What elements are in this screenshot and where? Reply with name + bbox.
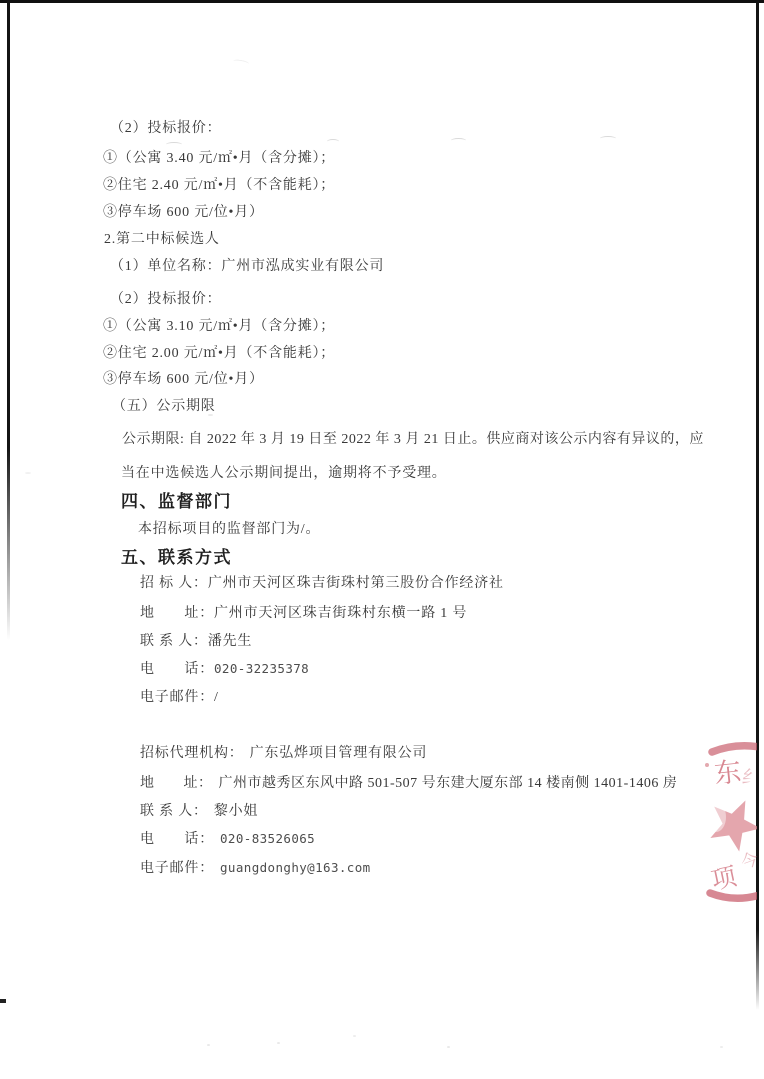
tenderer-address-row: 地 址：广州市天河区珠吉街珠村东横一路 1 号 (140, 605, 467, 623)
price-item: ②住宅 2.40 元/㎡•月（不含能耗）； (103, 177, 335, 195)
section-heading-supervision: 四、监督部门 (121, 491, 232, 512)
tenderer-name-value: 广州市天河区珠吉街珠村第三股份合作经济社 (208, 576, 504, 591)
scan-artifact (207, 1044, 210, 1046)
price-item: ③停车场 600 元/位•月） (103, 371, 264, 389)
scan-artifact (25, 472, 31, 474)
agency-name-label: 招标代理机构： (140, 746, 244, 761)
tenderer-phone-label: 电 话： (140, 662, 214, 677)
seal-ring-bottom-arc (710, 893, 757, 898)
price-item: ①（公寓 3.10 元/㎡•月（含分摊）； (103, 318, 335, 336)
scan-artifact (600, 136, 616, 141)
scan-artifact (451, 138, 466, 143)
scan-border-left (7, 0, 10, 640)
scanned-document-page: （2）投标报价： ①（公寓 3.40 元/㎡•月（含分摊）； ②住宅 2.40 … (0, 0, 764, 1079)
agency-person-value: 黎小姐 (214, 804, 258, 819)
price-item: ②住宅 2.00 元/㎡•月（不含能耗）； (103, 345, 335, 363)
agency-phone-value: 020-83526065 (220, 831, 315, 846)
agency-address-row: 地 址：广州市越秀区东风中路 501-507 号东建大厦东部 14 楼南侧 14… (140, 775, 677, 793)
tenderer-email-row: 电子邮件：/ (140, 689, 219, 707)
price-header-2: （2）投标报价： (110, 291, 221, 309)
tenderer-address-label: 地 址： (140, 606, 214, 621)
scan-border-tick (0, 999, 6, 1003)
publicity-line-2: 当在中选候选人公示期间提出，逾期将不予受理。 (121, 465, 447, 483)
seal-ring-top-arc (712, 746, 757, 752)
candidate2-heading: 2.第二中标候选人 (104, 231, 220, 249)
seal-char-bottom: 项 (709, 862, 740, 895)
official-seal-graphic: 东 纟 项 今 (703, 737, 757, 905)
agency-email-row: 电子邮件：guangdonghy@163.com (140, 860, 371, 878)
publicity-line-1: 公示期限: 自 2022 年 3 月 19 日至 2022 年 3 月 21 日… (122, 431, 704, 449)
agency-name-row: 招标代理机构：广东弘烨项目管理有限公司 (140, 745, 427, 763)
seal-star-smudge (706, 802, 726, 832)
tenderer-person-label: 联 系 人： (140, 634, 208, 649)
tenderer-phone-row: 电 话：020-32235378 (140, 661, 309, 679)
tenderer-email-value: / (214, 690, 219, 705)
official-seal-stamp: 东 纟 项 今 (703, 737, 757, 905)
scan-artifact (277, 1042, 280, 1044)
supervision-body: 本招标项目的监督部门为/。 (138, 521, 320, 539)
agency-email-value: guangdonghy@163.com (220, 860, 371, 875)
tenderer-person-value: 潘先生 (208, 634, 252, 649)
scan-artifact (166, 142, 182, 147)
tenderer-name-label: 招 标 人： (140, 576, 208, 591)
seal-dot (705, 763, 709, 767)
scan-border-top (0, 0, 764, 3)
tenderer-address-value: 广州市天河区珠吉街珠村东横一路 1 号 (214, 606, 467, 621)
tenderer-person-row: 联 系 人：潘先生 (140, 633, 252, 651)
seal-char-bottom-partial: 今 (738, 849, 757, 873)
candidate2-unit-name: （1）单位名称：广州市泓成实业有限公司 (110, 258, 384, 276)
agency-phone-label: 电 话： (140, 832, 214, 847)
price-header-1: （2）投标报价： (110, 120, 221, 138)
price-item: ①（公寓 3.40 元/㎡•月（含分摊）； (103, 150, 335, 168)
agency-address-value: 广州市越秀区东风中路 501-507 号东建大厦东部 14 楼南侧 1401-1… (219, 776, 678, 791)
seal-char-top-partial: 纟 (740, 766, 757, 791)
agency-person-row: 联 系 人：黎小姐 (140, 803, 258, 821)
agency-email-label: 电子邮件： (140, 861, 214, 876)
agency-phone-row: 电 话：020-83526065 (140, 831, 315, 849)
publicity-heading: （五）公示期限 (112, 398, 216, 416)
scan-artifact (353, 1035, 356, 1037)
scan-artifact (327, 139, 339, 144)
tenderer-email-label: 电子邮件： (140, 690, 214, 705)
tenderer-name-row: 招 标 人：广州市天河区珠吉街珠村第三股份合作经济社 (140, 575, 504, 593)
agency-name-value: 广东弘烨项目管理有限公司 (250, 746, 428, 761)
seal-char-top: 东 (713, 756, 743, 789)
tenderer-phone-value: 020-32235378 (214, 661, 309, 676)
scan-artifact (233, 59, 250, 67)
agency-address-label: 地 址： (140, 776, 213, 791)
section-heading-contact: 五、联系方式 (121, 547, 232, 568)
price-item: ③停车场 600 元/位•月） (103, 204, 264, 222)
scan-artifact (720, 1046, 723, 1048)
scan-artifact (447, 1046, 450, 1048)
agency-person-label: 联 系 人： (140, 804, 208, 819)
